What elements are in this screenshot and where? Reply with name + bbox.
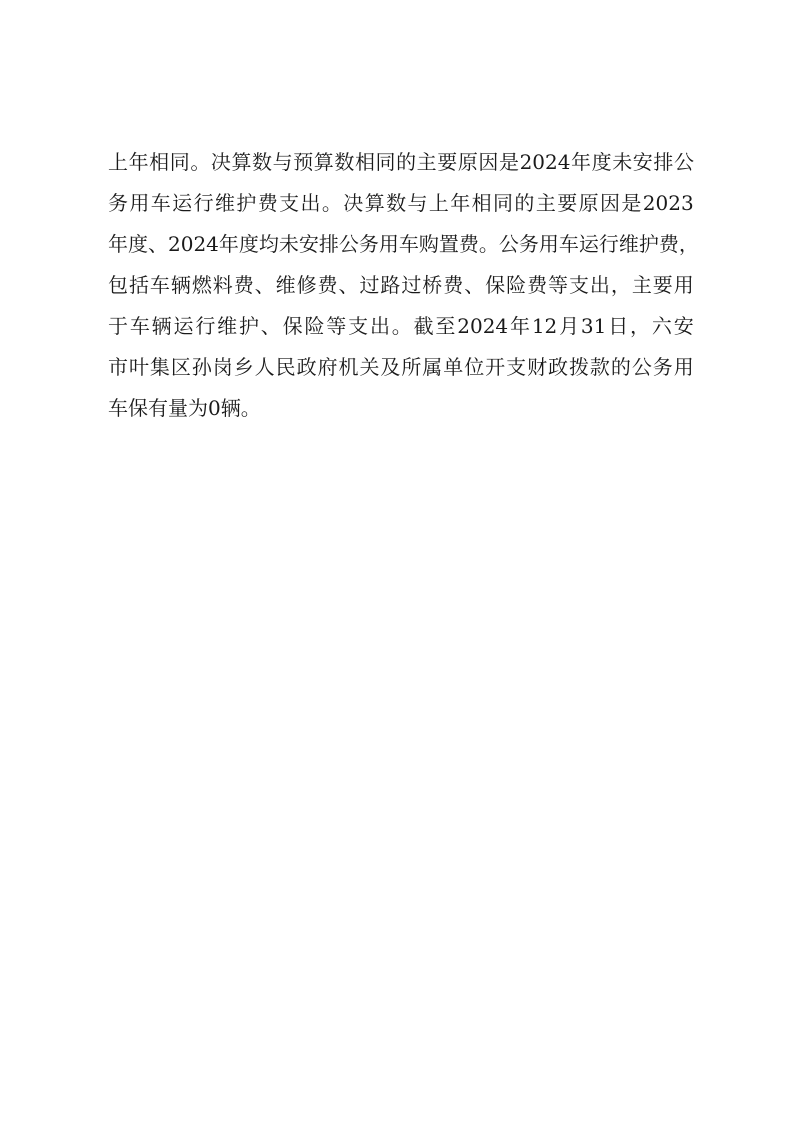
glyph: 因 bbox=[600, 187, 620, 228]
glyph: 保 bbox=[485, 269, 505, 310]
glyph: 行 bbox=[195, 310, 215, 351]
glyph: 与 bbox=[273, 146, 293, 187]
glyph: 与 bbox=[407, 187, 427, 228]
glyph: 维 bbox=[619, 228, 639, 269]
glyph: 用 bbox=[674, 269, 694, 310]
glyph: 同 bbox=[376, 146, 396, 187]
glyph: 排 bbox=[653, 146, 673, 187]
glyph: 要 bbox=[437, 146, 457, 187]
glyph: 车 bbox=[130, 310, 150, 351]
glyph: 出 bbox=[590, 269, 610, 310]
glyph: 用 bbox=[539, 228, 559, 269]
paragraph-line-4: 包括车辆燃料费、维修费、过路过桥费、保险费等支出，主要用 bbox=[108, 269, 694, 310]
glyph: 2024 bbox=[168, 228, 219, 269]
glyph: 关 bbox=[359, 351, 379, 392]
document-page: 上年相同。决算数与预算数相同的主要原因是2024年度未安排公 务用车运行维护费支… bbox=[0, 0, 793, 1122]
glyph: 主 bbox=[632, 269, 652, 310]
glyph: 主 bbox=[536, 187, 556, 228]
glyph: 。 bbox=[392, 310, 412, 351]
glyph: 主 bbox=[417, 146, 437, 187]
glyph: 修 bbox=[297, 269, 317, 310]
glyph: 支 bbox=[348, 310, 368, 351]
glyph: 是 bbox=[621, 187, 641, 228]
glyph: 出 bbox=[301, 187, 321, 228]
glyph: 排 bbox=[319, 228, 339, 269]
glyph: 开 bbox=[485, 351, 505, 392]
glyph: 同 bbox=[493, 187, 513, 228]
glyph: 支 bbox=[506, 351, 526, 392]
glyph: 护 bbox=[236, 187, 256, 228]
glyph: 相 bbox=[149, 146, 169, 187]
glyph: 决 bbox=[211, 146, 231, 187]
glyph: 、 bbox=[464, 269, 484, 310]
glyph: 等 bbox=[326, 310, 346, 351]
glyph: 车 bbox=[559, 228, 579, 269]
glyph: 、 bbox=[261, 310, 281, 351]
glyph: 市 bbox=[108, 351, 128, 392]
glyph: 支 bbox=[569, 269, 589, 310]
glyph: 护 bbox=[239, 310, 259, 351]
glyph: 叶 bbox=[129, 351, 149, 392]
paragraph-line-6: 市叶集区孙岗乡人民政府机关及所属单位开支财政拨款的公务用 bbox=[108, 351, 694, 392]
glyph: 集 bbox=[150, 351, 170, 392]
paragraph-line-7: 车保有量为0辆。 bbox=[108, 392, 694, 433]
glyph: ， bbox=[679, 228, 699, 269]
paragraph-line-1: 上年相同。决算数与预算数相同的主要原因是2024年度未安排公 bbox=[108, 146, 694, 187]
glyph: 公 bbox=[339, 228, 359, 269]
paragraph: 上年相同。决算数与预算数相同的主要原因是2024年度未安排公 务用车运行维护费支… bbox=[108, 146, 694, 433]
glyph: 年 bbox=[510, 310, 530, 351]
glyph: 2024 bbox=[457, 310, 508, 351]
glyph: 过 bbox=[401, 269, 421, 310]
glyph: 岗 bbox=[213, 351, 233, 392]
glyph: 位 bbox=[464, 351, 484, 392]
glyph: 年 bbox=[129, 146, 149, 187]
glyph: 民 bbox=[276, 351, 296, 392]
glyph: 公 bbox=[499, 228, 519, 269]
glyph: 。 bbox=[479, 228, 499, 269]
glyph: 费 bbox=[459, 228, 479, 269]
glyph: 款 bbox=[590, 351, 610, 392]
glyph: 费 bbox=[527, 269, 547, 310]
glyph: 维 bbox=[215, 187, 235, 228]
glyph: 置 bbox=[439, 228, 459, 269]
glyph: 运 bbox=[579, 228, 599, 269]
glyph: 上 bbox=[108, 146, 128, 187]
glyph: ， bbox=[611, 269, 631, 310]
glyph: 年 bbox=[108, 228, 128, 269]
glyph: 孙 bbox=[192, 351, 212, 392]
glyph: 维 bbox=[217, 310, 237, 351]
glyph: 日 bbox=[608, 310, 628, 351]
glyph: 费 bbox=[443, 269, 463, 310]
glyph: 运 bbox=[172, 187, 192, 228]
glyph: 31 bbox=[581, 310, 606, 351]
glyph: 的 bbox=[611, 351, 631, 392]
glyph: 的 bbox=[396, 146, 416, 187]
paragraph-line-5: 于车辆运行维护、保险等支出。截至2024年12月31日，六安 bbox=[108, 310, 694, 351]
glyph: 上 bbox=[429, 187, 449, 228]
glyph: 年 bbox=[571, 146, 591, 187]
glyph: 公 bbox=[674, 146, 694, 187]
glyph: 拨 bbox=[569, 351, 589, 392]
glyph: 算 bbox=[314, 146, 334, 187]
glyph: 出 bbox=[370, 310, 390, 351]
glyph: 险 bbox=[304, 310, 324, 351]
glyph: 度 bbox=[128, 228, 148, 269]
glyph: 行 bbox=[599, 228, 619, 269]
paragraph-line-3: 年度、2024年度均未安排公务用车购置费。公务用车运行维护费， bbox=[108, 228, 694, 269]
glyph: 截 bbox=[414, 310, 434, 351]
glyph: 相 bbox=[472, 187, 492, 228]
glyph: 用 bbox=[379, 228, 399, 269]
glyph: 年 bbox=[219, 228, 239, 269]
glyph: 运 bbox=[173, 310, 193, 351]
glyph: 购 bbox=[419, 228, 439, 269]
glyph: 要 bbox=[557, 187, 577, 228]
glyph: 机 bbox=[338, 351, 358, 392]
glyph: 数 bbox=[252, 146, 272, 187]
glyph: 预 bbox=[293, 146, 313, 187]
glyph: 决 bbox=[343, 187, 363, 228]
glyph: 人 bbox=[255, 351, 275, 392]
glyph: 算 bbox=[365, 187, 385, 228]
glyph: 燃 bbox=[192, 269, 212, 310]
glyph: 度 bbox=[239, 228, 259, 269]
glyph: 安 bbox=[674, 310, 694, 351]
glyph: 12 bbox=[532, 310, 557, 351]
glyph: 保 bbox=[283, 310, 303, 351]
glyph: 月 bbox=[559, 310, 579, 351]
glyph: 车 bbox=[151, 187, 171, 228]
glyph: 务 bbox=[519, 228, 539, 269]
glyph: 辆 bbox=[171, 269, 191, 310]
glyph: 、 bbox=[338, 269, 358, 310]
glyph: 辆 bbox=[152, 310, 172, 351]
glyph: 务 bbox=[653, 351, 673, 392]
glyph: 均 bbox=[259, 228, 279, 269]
glyph: 、 bbox=[148, 228, 168, 269]
glyph: 未 bbox=[279, 228, 299, 269]
glyph: 桥 bbox=[422, 269, 442, 310]
glyph: 过 bbox=[359, 269, 379, 310]
glyph: ， bbox=[630, 310, 650, 351]
glyph: 年 bbox=[450, 187, 470, 228]
glyph: 2023 bbox=[643, 187, 694, 228]
glyph: 数 bbox=[386, 187, 406, 228]
glyph: 行 bbox=[194, 187, 214, 228]
glyph: 车 bbox=[150, 269, 170, 310]
glyph: 因 bbox=[478, 146, 498, 187]
glyph: 护 bbox=[639, 228, 659, 269]
glyph: 至 bbox=[435, 310, 455, 351]
glyph: 要 bbox=[653, 269, 673, 310]
glyph: 料 bbox=[213, 269, 233, 310]
glyph: 、 bbox=[255, 269, 275, 310]
glyph: 单 bbox=[443, 351, 463, 392]
glyph: 六 bbox=[652, 310, 672, 351]
glyph: 未 bbox=[612, 146, 632, 187]
glyph: 数 bbox=[334, 146, 354, 187]
glyph: 属 bbox=[422, 351, 442, 392]
glyph: 险 bbox=[506, 269, 526, 310]
glyph: 同 bbox=[170, 146, 190, 187]
glyph: 用 bbox=[129, 187, 149, 228]
glyph: 相 bbox=[355, 146, 375, 187]
glyph: 原 bbox=[458, 146, 478, 187]
glyph: 安 bbox=[299, 228, 319, 269]
glyph: 乡 bbox=[234, 351, 254, 392]
glyph: 务 bbox=[108, 187, 128, 228]
glyph: 。 bbox=[190, 146, 210, 187]
glyph: 支 bbox=[279, 187, 299, 228]
glyph: 费 bbox=[234, 269, 254, 310]
glyph: 公 bbox=[632, 351, 652, 392]
glyph: 务 bbox=[359, 228, 379, 269]
glyph: 路 bbox=[380, 269, 400, 310]
glyph: 区 bbox=[171, 351, 191, 392]
glyph: 算 bbox=[231, 146, 251, 187]
glyph: 的 bbox=[514, 187, 534, 228]
glyph: 车 bbox=[399, 228, 419, 269]
glyph: 财 bbox=[527, 351, 547, 392]
glyph: 包 bbox=[108, 269, 128, 310]
glyph: 维 bbox=[276, 269, 296, 310]
glyph: 费 bbox=[659, 228, 679, 269]
glyph: 所 bbox=[401, 351, 421, 392]
glyph: 度 bbox=[592, 146, 612, 187]
glyph: 费 bbox=[318, 269, 338, 310]
paragraph-line-2: 务用车运行维护费支出。决算数与上年相同的主要原因是2023 bbox=[108, 187, 694, 228]
glyph: 府 bbox=[318, 351, 338, 392]
glyph: 原 bbox=[579, 187, 599, 228]
glyph: 政 bbox=[297, 351, 317, 392]
glyph: 于 bbox=[108, 310, 128, 351]
glyph: 安 bbox=[633, 146, 653, 187]
glyph: 用 bbox=[674, 351, 694, 392]
glyph: 政 bbox=[548, 351, 568, 392]
glyph: 括 bbox=[129, 269, 149, 310]
glyph: 等 bbox=[548, 269, 568, 310]
glyph: 是 bbox=[499, 146, 519, 187]
glyph: 2024 bbox=[520, 146, 571, 187]
glyph: 。 bbox=[322, 187, 342, 228]
glyph: 及 bbox=[380, 351, 400, 392]
glyph: 费 bbox=[258, 187, 278, 228]
